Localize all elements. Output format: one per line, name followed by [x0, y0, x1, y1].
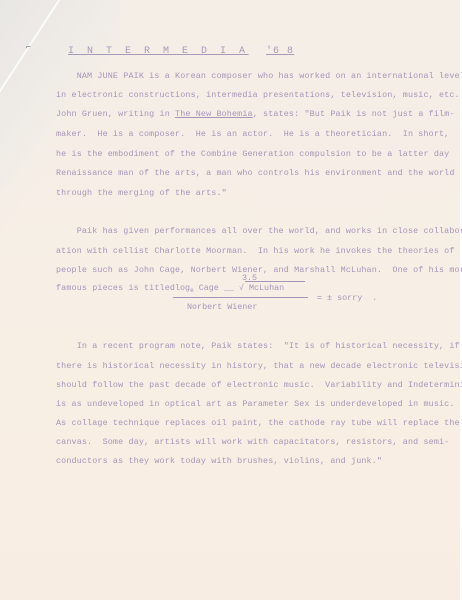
- radical-bar: [245, 281, 305, 282]
- formula-numerator: loge Cage __ √ McLuhan: [175, 283, 284, 294]
- p1-line-6: Renaissance man of the arts, a man who c…: [56, 168, 455, 178]
- corner-mark: ⌐: [26, 43, 31, 52]
- piece-title-formula: 3.5 loge Cage __ √ McLuhan Norbert Wiene…: [175, 273, 375, 318]
- document-title: I N T E R M E D I A '6 8: [68, 46, 294, 57]
- p3-line-3: should follow the past decade of electro…: [56, 380, 462, 390]
- formula-denominator: Norbert Wiener: [187, 302, 257, 312]
- p3-line-7: conductors as they work today with brush…: [56, 456, 382, 466]
- p2-line-1: Paik has given performances all over the…: [56, 226, 462, 236]
- p2-line-4: famous pieces is titled: [56, 283, 175, 293]
- p1-line-3: John Gruen, writing in The New Bohemia, …: [56, 109, 455, 119]
- p1-line-2: in electronic constructions, intermedia …: [56, 90, 460, 100]
- p3-line-2: there is historical necessity in history…: [56, 361, 462, 371]
- title-word: I N T E R M E D I A: [68, 46, 249, 57]
- publication-title: The New Bohemia: [175, 109, 253, 119]
- p2-line-2: ation with cellist Charlotte Moorman. In…: [56, 246, 455, 256]
- formula-rhs: = ± sorry .: [317, 293, 377, 303]
- p1-line-5: he is the embodiment of the Combine Gene…: [56, 149, 449, 159]
- p3-line-1: In a recent program note, Paik states: "…: [56, 341, 460, 351]
- p1-line-4: maker. He is a composer. He is an actor.…: [56, 129, 449, 139]
- p1-line-1: NAM JUNE PAIK is a Korean composer who h…: [56, 71, 462, 81]
- p3-line-4: is as undeveloped in optical art as Para…: [56, 399, 455, 409]
- p3-line-6: canvas. Some day, artists will work with…: [56, 437, 449, 447]
- p1-line-3-tail: , states: "But Paik is not just a film-: [253, 109, 455, 119]
- title-year: '6 8: [266, 46, 294, 57]
- p1-line-3-head: John Gruen, writing in: [56, 109, 175, 119]
- p3-line-5: As collage technique replaces oil paint,…: [56, 418, 460, 428]
- fraction-bar: [173, 297, 308, 298]
- p1-line-7: through the merging of the arts.": [56, 188, 227, 198]
